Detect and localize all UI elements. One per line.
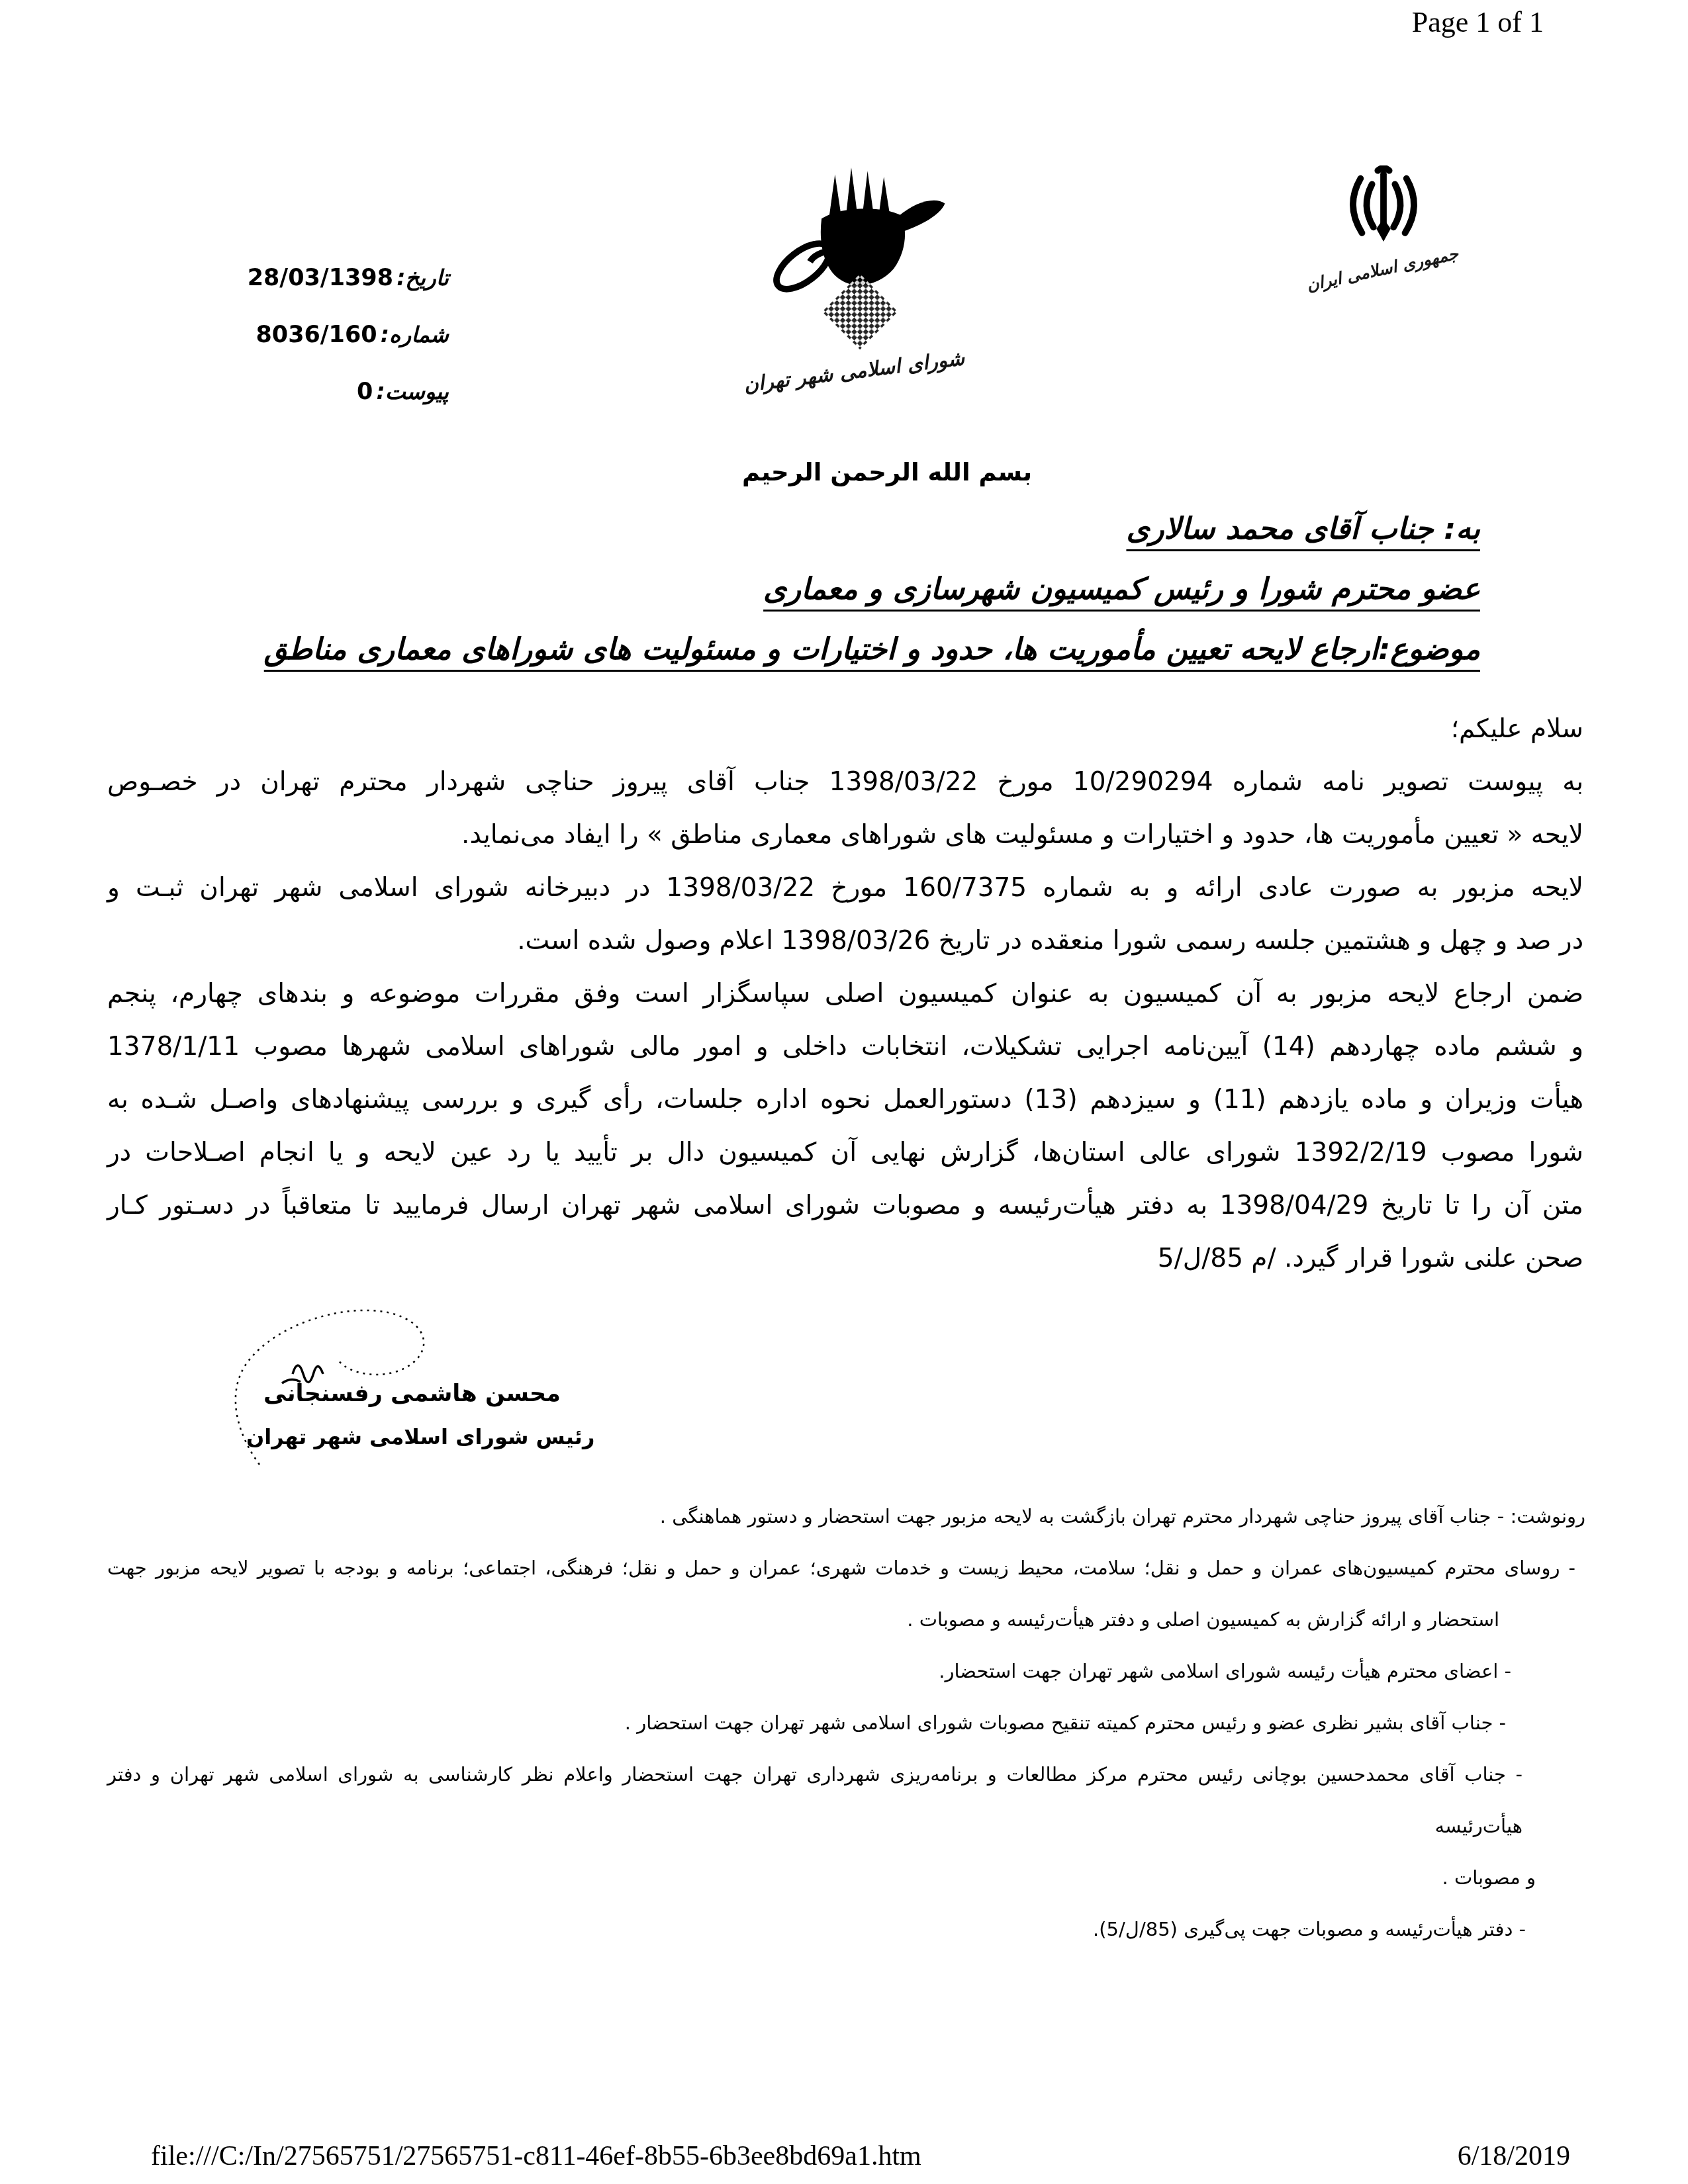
signatory-title: رئیس شورای اسلامی شهر تهران — [246, 1424, 594, 1449]
subject-line: موضوع:ارجاع لایحه تعیین مأموریت ها، حدود… — [199, 631, 1480, 666]
cc-line: - جناب آقای بشیر نظری عضو و رئیس محترم ک… — [107, 1697, 1585, 1749]
letter-meta-fields: تاریخ: 28/03/1398 شماره: 8036/160 پیوست:… — [230, 251, 449, 422]
council-logo: شورای اسلامی شهر تهران — [747, 163, 965, 383]
body-line: صحن علنی شورا قرار گیرد. /م 85/ل/5 — [107, 1232, 1583, 1285]
letter-body: سلام علیکم؛ به پیوست تصویر نامه شماره 10… — [107, 703, 1583, 1285]
body-line: لایحه « تعیین مأموریت ها، حدود و اختیارا… — [107, 809, 1583, 862]
document-page: Page 1 of 1 تاریخ: 28/03/1398 شماره: 803… — [0, 0, 1688, 2184]
iran-emblem-icon — [1340, 239, 1427, 251]
body-line: متن آن را تا تاریخ 1398/04/29 به دفتر هی… — [107, 1179, 1583, 1232]
number-label: شماره: — [381, 322, 449, 347]
number-value: 8036/160 — [256, 322, 377, 348]
recipient-to-line: به: جناب آقای محمد سالاری — [199, 511, 1480, 546]
file-path: file:///C:/In/27565751/27565751-c811-46e… — [151, 2140, 921, 2172]
number-field: شماره: 8036/160 — [230, 308, 449, 365]
recipient-position-line: عضو محترم شورا و رئیس کمیسیون شهرسازی و … — [199, 571, 1480, 606]
attachment-field: پیوست: 0 — [230, 365, 449, 422]
cc-line: و مصوبات . — [107, 1852, 1585, 1903]
body-line: و ششم ماده چهاردهم (14) آیین‌نامه اجرایی… — [107, 1021, 1583, 1073]
cc-line: - دفتر هیأت‌رئیسه و مصوبات جهت پی‌گیری (… — [107, 1903, 1585, 1955]
body-line: هیأت وزیران و ماده یازدهم (11) و سیزدهم … — [107, 1073, 1583, 1126]
bismillah: بسم الله الرحمن الرحیم — [688, 458, 1086, 486]
attachment-label: پیوست: — [377, 379, 449, 404]
body-line: به پیوست تصویر نامه شماره 10/290294 مورخ… — [107, 756, 1583, 809]
body-line: شورا مصوب 1392/2/19 شورای عالی استان‌ها،… — [107, 1126, 1583, 1179]
cc-line: - اعضای محترم هیأت رئیسه شورای اسلامی شه… — [107, 1645, 1585, 1697]
cc-line: رونوشت: - جناب آقای پیروز حناچی شهردار م… — [107, 1490, 1585, 1542]
page-number: Page 1 of 1 — [1412, 5, 1544, 39]
attachment-value: 0 — [357, 379, 373, 405]
cc-line: - روسای محترم کمیسیون‌های عمران و حمل و … — [107, 1542, 1585, 1594]
date-label: تاریخ: — [397, 265, 449, 291]
iran-emblem: جمهوری اسلامی ایران — [1307, 165, 1460, 279]
cc-line: استحضار و ارائه گزارش به کمیسیون اصلی و … — [107, 1594, 1585, 1645]
body-line: لایحه مزبور به صورت عادی ارائه و به شمار… — [107, 862, 1583, 915]
cc-block: رونوشت: - جناب آقای پیروز حناچی شهردار م… — [107, 1490, 1585, 1955]
signatory-name: محسن هاشمی رفسنجانی — [263, 1381, 561, 1407]
body-line: ضمن ارجاع لایحه مزبور به آن کمیسیون به ع… — [107, 968, 1583, 1021]
recipient-block: به: جناب آقای محمد سالاری عضو محترم شورا… — [199, 511, 1480, 692]
cc-line: - جناب آقای محمدحسین بوچانی رئیس محترم م… — [107, 1749, 1585, 1852]
body-line: در صد و چهل و هشتمین جلسه رسمی شورا منعق… — [107, 915, 1583, 968]
print-date: 6/18/2019 — [1458, 2140, 1570, 2172]
date-field: تاریخ: 28/03/1398 — [230, 251, 449, 308]
date-value: 28/03/1398 — [248, 265, 393, 291]
greeting: سلام علیکم؛ — [107, 703, 1583, 756]
